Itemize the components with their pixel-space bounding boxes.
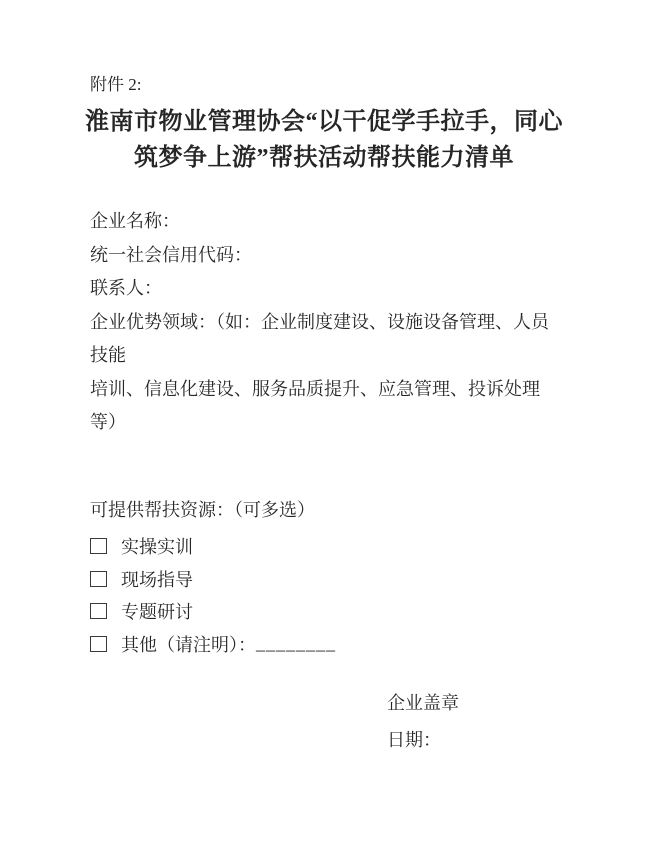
resources-checkbox-list: 实操实训 现场指导 专题研讨 其他（请注明）： ________ <box>90 530 565 660</box>
document-page: 附件 2: 淮南市物业管理协会“以干促学手拉手，同心 筑梦争上游”帮扶活动帮扶能… <box>0 0 647 846</box>
document-title: 淮南市物业管理协会“以干促学手拉手，同心 筑梦争上游”帮扶活动帮扶能力清单 <box>44 104 604 176</box>
field-company-name: 企业名称： <box>90 205 565 239</box>
date-label: 日期： <box>387 728 441 752</box>
checkbox-other[interactable] <box>90 636 107 652</box>
checkbox-practical-training[interactable] <box>90 538 107 554</box>
checkbox-label-seminar: 专题研讨 <box>121 598 193 624</box>
field-advantage-areas: 企业优势领域：（如：企业制度建设、设施设备管理、人员技能 培训、信息化建设、服务… <box>90 306 565 440</box>
company-seal-label: 企业盖章 <box>387 691 459 715</box>
checkbox-onsite-guidance[interactable] <box>90 571 107 587</box>
form-fields: 企业名称： 统一社会信用代码： 联系人： 企业优势领域：（如：企业制度建设、设施… <box>90 205 565 440</box>
resources-heading: 可提供帮扶资源：（可多选） <box>90 498 315 522</box>
checkbox-label-onsite-guidance: 现场指导 <box>121 566 193 592</box>
checkbox-row-practical-training: 实操实训 <box>90 530 565 563</box>
checkbox-label-other: 其他（请注明）： <box>121 631 256 657</box>
field-contact-person: 联系人： <box>90 272 565 306</box>
other-fill-in-blank[interactable]: ________ <box>256 633 336 654</box>
checkbox-row-other: 其他（请注明）： ________ <box>90 628 565 661</box>
checkbox-row-onsite-guidance: 现场指导 <box>90 563 565 596</box>
attachment-label: 附件 2: <box>90 74 141 96</box>
field-credit-code: 统一社会信用代码： <box>90 239 565 273</box>
checkbox-row-seminar: 专题研讨 <box>90 595 565 628</box>
checkbox-label-practical-training: 实操实训 <box>121 533 193 559</box>
checkbox-seminar[interactable] <box>90 603 107 619</box>
